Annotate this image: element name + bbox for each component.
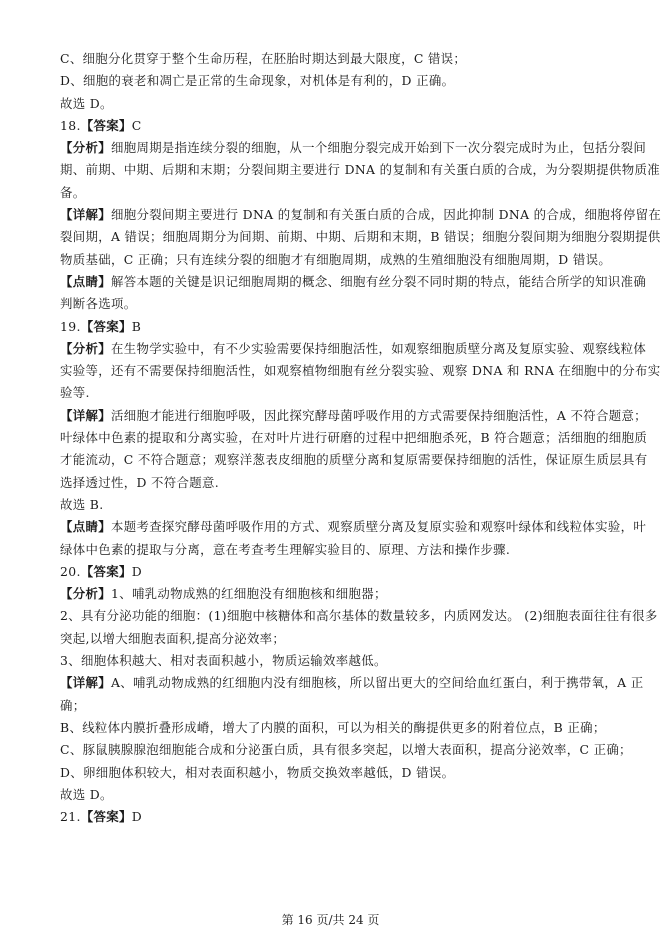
question-number: 19.: [60, 319, 81, 334]
line-text: 备。: [60, 185, 85, 200]
page-number-label: 第 16 页/共 24 页: [282, 913, 380, 927]
answer-heading-21: 21.【答案】D: [60, 806, 605, 828]
question-number: 20.: [60, 564, 81, 579]
section-tag: 【点睛】: [60, 274, 111, 289]
line-text: 3、细胞体积越大、相对表面积越小，物质运输效率越低。: [60, 653, 387, 668]
line-text: 叶绿体中色素的提取和分离实验，在对叶片进行研磨的过程中把细胞杀死，B 符合题意；…: [60, 430, 647, 445]
text-line: B、线粒体内膜折叠形成嵴，增大了内膜的面积，可以为相关的酶提供更多的附着位点，B…: [60, 717, 605, 739]
line-text: A、哺乳动物成熟的红细胞内没有细胞核，所以留出更大的空间给血红蛋白，利于携带氧，…: [111, 675, 644, 690]
section-tag: 【分析】: [60, 586, 111, 601]
answer-value: D: [132, 809, 142, 824]
text-line: 叶绿体中色素的提取和分离实验，在对叶片进行研磨的过程中把细胞杀死，B 符合题意；…: [60, 427, 605, 449]
line-text: 本题考查探究酵母菌呼吸作用的方式、观察质壁分离及复原实验和观察叶绿体和线粒体实验…: [111, 519, 646, 534]
line-text: 选择透过性，D 不符合题意.: [60, 475, 219, 490]
text-line: 才能流动，C 不符合题意；观察洋葱表皮细胞的质壁分离和复原需要保持细胞的活性，保…: [60, 449, 605, 471]
line-text: 故选 B.: [60, 497, 104, 512]
line-text: 细胞周期是指连续分裂的细胞，从一个细胞分裂完成开始到下一次分裂完成时为止，包括分…: [111, 140, 646, 155]
section-tag: 【详解】: [60, 207, 111, 222]
answer-tag: 【答案】: [81, 564, 132, 579]
text-line: 故选 D。: [60, 93, 605, 115]
line-text: B、线粒体内膜折叠形成嵴，增大了内膜的面积，可以为相关的酶提供更多的附着位点，B…: [60, 720, 606, 735]
text-line: 判断各选项。: [60, 293, 605, 315]
text-line: 2、具有分泌功能的细胞：(1)细胞中核糖体和高尔基体的数量较多，内质网发达。 (…: [60, 605, 605, 627]
line-text: 验等.: [60, 385, 90, 400]
answer-value: C: [132, 118, 142, 133]
line-text: 故选 D。: [60, 96, 113, 111]
text-line: 裂间期，A 错误；细胞周期分为间期、前期、中期、后期和末期，B 错误；细胞分裂间…: [60, 226, 605, 248]
question-number: 18.: [60, 118, 81, 133]
text-line: D、细胞的衰老和凋亡是正常的生命现象，对机体是有利的，D 正确。: [60, 70, 605, 92]
section-tag: 【点睛】: [60, 519, 111, 534]
answer-tag: 【答案】: [81, 319, 132, 334]
page-footer: 第 16 页/共 24 页: [0, 911, 661, 928]
text-line: 绿体中色素的提取与分离，意在考查考生理解实验目的、原理、方法和操作步骤.: [60, 539, 605, 561]
line-text: 期、前期、中期、后期和末期；分裂间期主要进行 DNA 的复制和有关蛋白质的合成，…: [60, 162, 660, 177]
section-tag: 【详解】: [60, 675, 111, 690]
text-line: 实验等，还有不需要保持细胞活性，如观察植物细胞有丝分裂实验、观察 DNA 和 R…: [60, 360, 605, 382]
line-text: 才能流动，C 不符合题意；观察洋葱表皮细胞的质壁分离和复原需要保持细胞的活性，保…: [60, 452, 647, 467]
text-line: 确；: [60, 695, 605, 717]
answer-tag: 【答案】: [81, 809, 132, 824]
line-text: 实验等，还有不需要保持细胞活性，如观察植物细胞有丝分裂实验、观察 DNA 和 R…: [60, 363, 660, 378]
answer-heading-20: 20.【答案】D: [60, 561, 605, 583]
line-text: 判断各选项。: [60, 296, 136, 311]
text-line: 物质基础，C 正确；只有连续分裂的细胞才有细胞周期，成熟的生殖细胞没有细胞周期，…: [60, 249, 605, 271]
answer-heading-18: 18.【答案】C: [60, 115, 605, 137]
line-text: 突起,以增大细胞表面积,提高分泌效率；: [60, 631, 285, 646]
line-text: 裂间期，A 错误；细胞周期分为间期、前期、中期、后期和末期，B 错误；细胞分裂间…: [60, 229, 661, 244]
analysis-line: 【分析】1、哺乳动物成熟的红细胞没有细胞核和细胞器；: [60, 583, 605, 605]
detail-line: 【详解】细胞分裂间期主要进行 DNA 的复制和有关蛋白质的合成，因此抑制 DNA…: [60, 204, 605, 226]
text-line: 3、细胞体积越大、相对表面积越小，物质运输效率越低。: [60, 650, 605, 672]
line-text: D、卵细胞体积较大，相对表面积越小，物质交换效率越低，D 错误。: [60, 765, 454, 780]
section-tag: 【分析】: [60, 140, 111, 155]
line-text: C、豚鼠胰腺腺泡细胞能合成和分泌蛋白质，具有很多突起，以增大表面积，提高分泌效率…: [60, 742, 632, 757]
line-text: 活细胞才能进行细胞呼吸，因此探究酵母菌呼吸作用的方式需要保持细胞活性，A 不符合…: [111, 408, 647, 423]
analysis-line: 【分析】在生物学实验中，有不少实验需要保持细胞活性，如观察细胞质壁分离及复原实验…: [60, 338, 605, 360]
comment-line: 【点睛】解答本题的关键是识记细胞周期的概念、细胞有丝分裂不同时期的特点，能结合所…: [60, 271, 605, 293]
section-tag: 【详解】: [60, 408, 111, 423]
line-text: C、细胞分化贯穿于整个生命历程，在胚胎时期达到最大限度，C 错误；: [60, 51, 466, 66]
line-text: 物质基础，C 正确；只有连续分裂的细胞才有细胞周期，成熟的生殖细胞没有细胞周期，…: [60, 252, 611, 267]
text-line: D、卵细胞体积较大，相对表面积越小，物质交换效率越低，D 错误。: [60, 762, 605, 784]
text-line: 故选 D。: [60, 784, 605, 806]
text-line: 期、前期、中期、后期和末期；分裂间期主要进行 DNA 的复制和有关蛋白质的合成，…: [60, 159, 605, 181]
line-text: 在生物学实验中，有不少实验需要保持细胞活性，如观察细胞质壁分离及复原实验、观察线…: [111, 341, 646, 356]
answer-value: B: [132, 319, 141, 334]
analysis-line: 【分析】细胞周期是指连续分裂的细胞，从一个细胞分裂完成开始到下一次分裂完成时为止…: [60, 137, 605, 159]
line-text: 解答本题的关键是识记细胞周期的概念、细胞有丝分裂不同时期的特点，能结合所学的知识…: [111, 274, 646, 289]
question-number: 21.: [60, 809, 81, 824]
line-text: D、细胞的衰老和凋亡是正常的生命现象，对机体是有利的，D 正确。: [60, 73, 454, 88]
text-line: C、细胞分化贯穿于整个生命历程，在胚胎时期达到最大限度，C 错误；: [60, 48, 605, 70]
line-text: 2、具有分泌功能的细胞：(1)细胞中核糖体和高尔基体的数量较多，内质网发达。 (…: [60, 608, 658, 623]
answer-tag: 【答案】: [81, 118, 132, 133]
detail-line: 【详解】A、哺乳动物成熟的红细胞内没有细胞核，所以留出更大的空间给血红蛋白，利于…: [60, 672, 605, 694]
line-text: 绿体中色素的提取与分离，意在考查考生理解实验目的、原理、方法和操作步骤.: [60, 542, 510, 557]
detail-line: 【详解】活细胞才能进行细胞呼吸，因此探究酵母菌呼吸作用的方式需要保持细胞活性，A…: [60, 405, 605, 427]
text-line: 故选 B.: [60, 494, 605, 516]
answer-heading-19: 19.【答案】B: [60, 316, 605, 338]
section-tag: 【分析】: [60, 341, 111, 356]
text-line: 选择透过性，D 不符合题意.: [60, 472, 605, 494]
line-text: 故选 D。: [60, 787, 113, 802]
comment-line: 【点睛】本题考查探究酵母菌呼吸作用的方式、观察质壁分离及复原实验和观察叶绿体和线…: [60, 516, 605, 538]
line-text: 1、哺乳动物成熟的红细胞没有细胞核和细胞器；: [111, 586, 387, 601]
line-text: 细胞分裂间期主要进行 DNA 的复制和有关蛋白质的合成，因此抑制 DNA 的合成…: [111, 207, 661, 222]
text-line: 验等.: [60, 382, 605, 404]
text-line: 突起,以增大细胞表面积,提高分泌效率；: [60, 628, 605, 650]
document-page: C、细胞分化贯穿于整个生命历程，在胚胎时期达到最大限度，C 错误； D、细胞的衰…: [60, 48, 605, 828]
text-line: 备。: [60, 182, 605, 204]
line-text: 确；: [60, 698, 85, 713]
answer-value: D: [132, 564, 142, 579]
text-line: C、豚鼠胰腺腺泡细胞能合成和分泌蛋白质，具有很多突起，以增大表面积，提高分泌效率…: [60, 739, 605, 761]
